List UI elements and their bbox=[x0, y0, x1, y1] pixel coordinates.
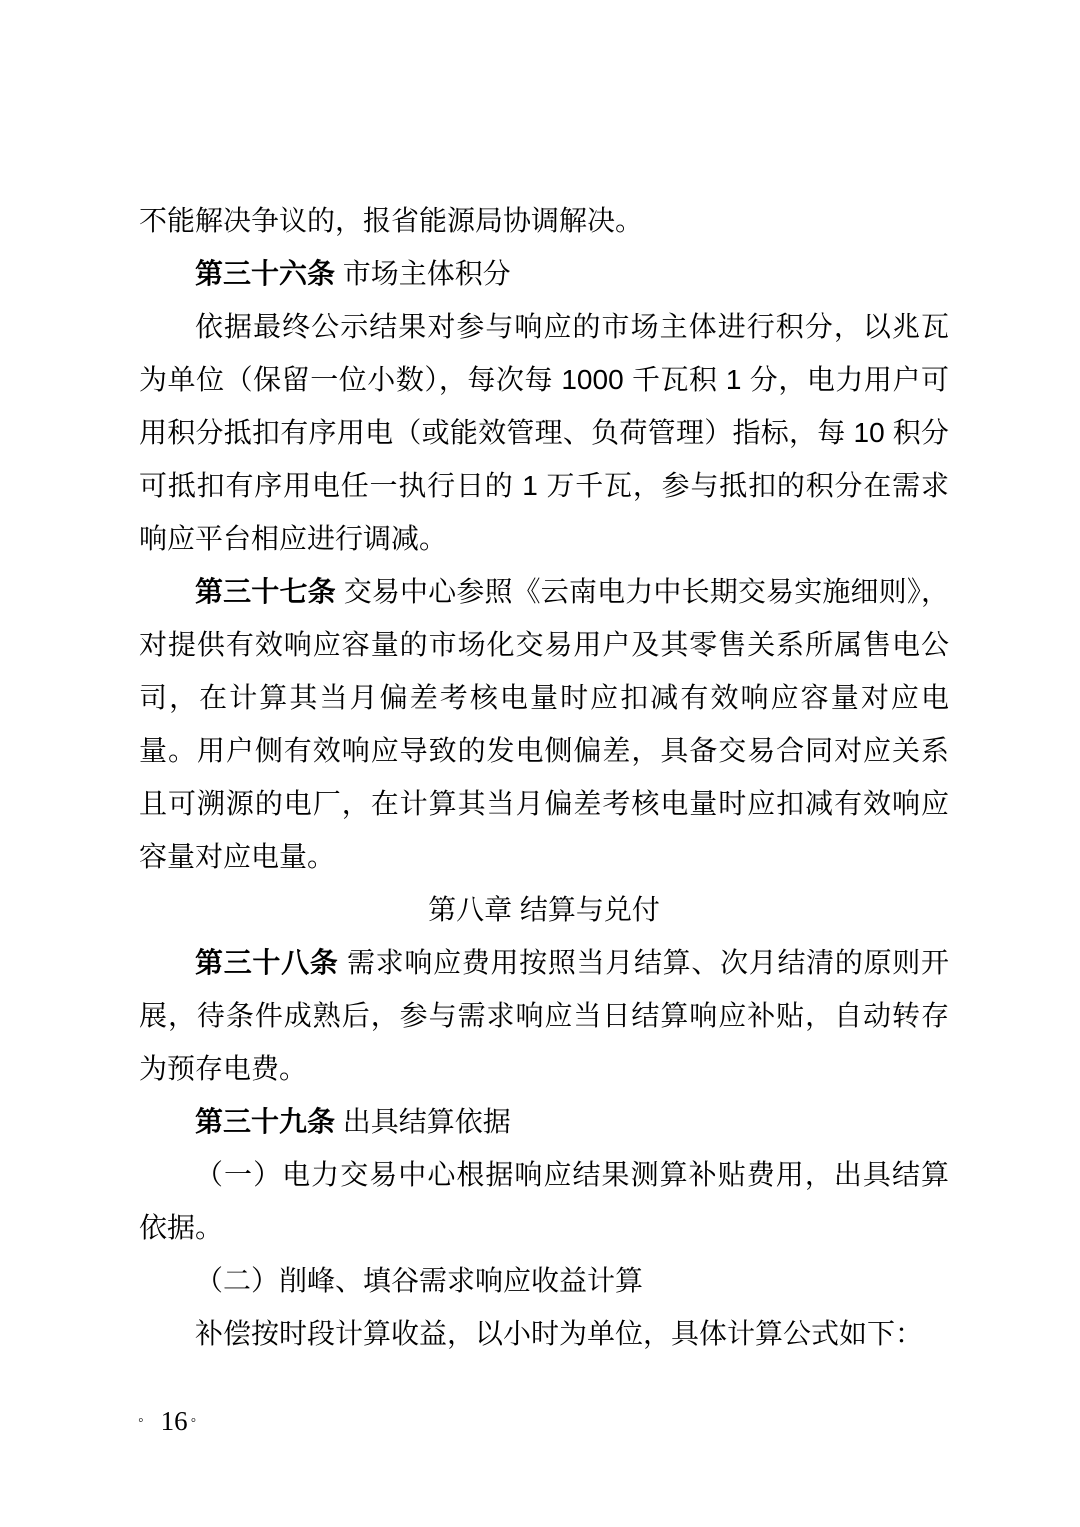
closing-line: 补偿按时段计算收益，以小时为单位，具体计算公式如下： bbox=[139, 1307, 949, 1360]
article-number: 第三十九条 bbox=[195, 1106, 335, 1137]
article-title: 出具结算依据 bbox=[335, 1106, 511, 1137]
list-item-1: （一）电力交易中心根据响应结果测算补贴费用，出具结算依据。 bbox=[139, 1148, 949, 1254]
article-number: 第三十六条 bbox=[195, 258, 335, 289]
body-text: 依据最终公示结果对参与响应的市场主体进行积分，以兆瓦为单位（保留一位小数），每次… bbox=[139, 311, 949, 554]
footer-right-ring-icon: ◦ bbox=[191, 1413, 197, 1429]
article-number: 第三十七条 bbox=[195, 576, 336, 607]
page-number: 16 bbox=[161, 1408, 188, 1435]
body-text: 交易中心参照《云南电力中长期交易实施细则》，对提供有效响应容量的市场化交易用户及… bbox=[139, 576, 949, 872]
document-body: 不能解决争议的，报省能源局协调解决。第三十六条 市场主体积分依据最终公示结果对参… bbox=[139, 194, 949, 1360]
page-footer: ◦ 16 ◦ bbox=[138, 1400, 196, 1442]
paragraph-continuation: 不能解决争议的，报省能源局协调解决。 bbox=[139, 194, 949, 247]
article-title: 市场主体积分 bbox=[335, 258, 511, 289]
document-page: 不能解决争议的，报省能源局协调解决。第三十六条 市场主体积分依据最终公示结果对参… bbox=[0, 0, 1080, 1527]
article-number: 第三十八条 bbox=[195, 947, 339, 978]
article-37: 第三十七条 交易中心参照《云南电力中长期交易实施细则》，对提供有效响应容量的市场… bbox=[139, 565, 949, 883]
article-36-body: 依据最终公示结果对参与响应的市场主体进行积分，以兆瓦为单位（保留一位小数），每次… bbox=[139, 300, 949, 565]
chapter-title: 第八章 结算与兑付 bbox=[428, 894, 660, 925]
body-text: 不能解决争议的，报省能源局协调解决。 bbox=[139, 205, 643, 236]
body-text: （二）削峰、填谷需求响应收益计算 bbox=[195, 1265, 643, 1296]
article-38: 第三十八条 需求响应费用按照当月结算、次月结清的原则开展，待条件成熟后，参与需求… bbox=[139, 936, 949, 1095]
article-39-heading: 第三十九条 出具结算依据 bbox=[139, 1095, 949, 1148]
article-36-heading: 第三十六条 市场主体积分 bbox=[139, 247, 949, 300]
body-text: （一）电力交易中心根据响应结果测算补贴费用，出具结算依据。 bbox=[139, 1159, 949, 1243]
list-item-2: （二）削峰、填谷需求响应收益计算 bbox=[139, 1254, 949, 1307]
footer-left-ring-icon: ◦ bbox=[138, 1413, 144, 1429]
chapter-8-heading: 第八章 结算与兑付 bbox=[139, 883, 949, 936]
body-text: 补偿按时段计算收益，以小时为单位，具体计算公式如下： bbox=[195, 1318, 923, 1349]
